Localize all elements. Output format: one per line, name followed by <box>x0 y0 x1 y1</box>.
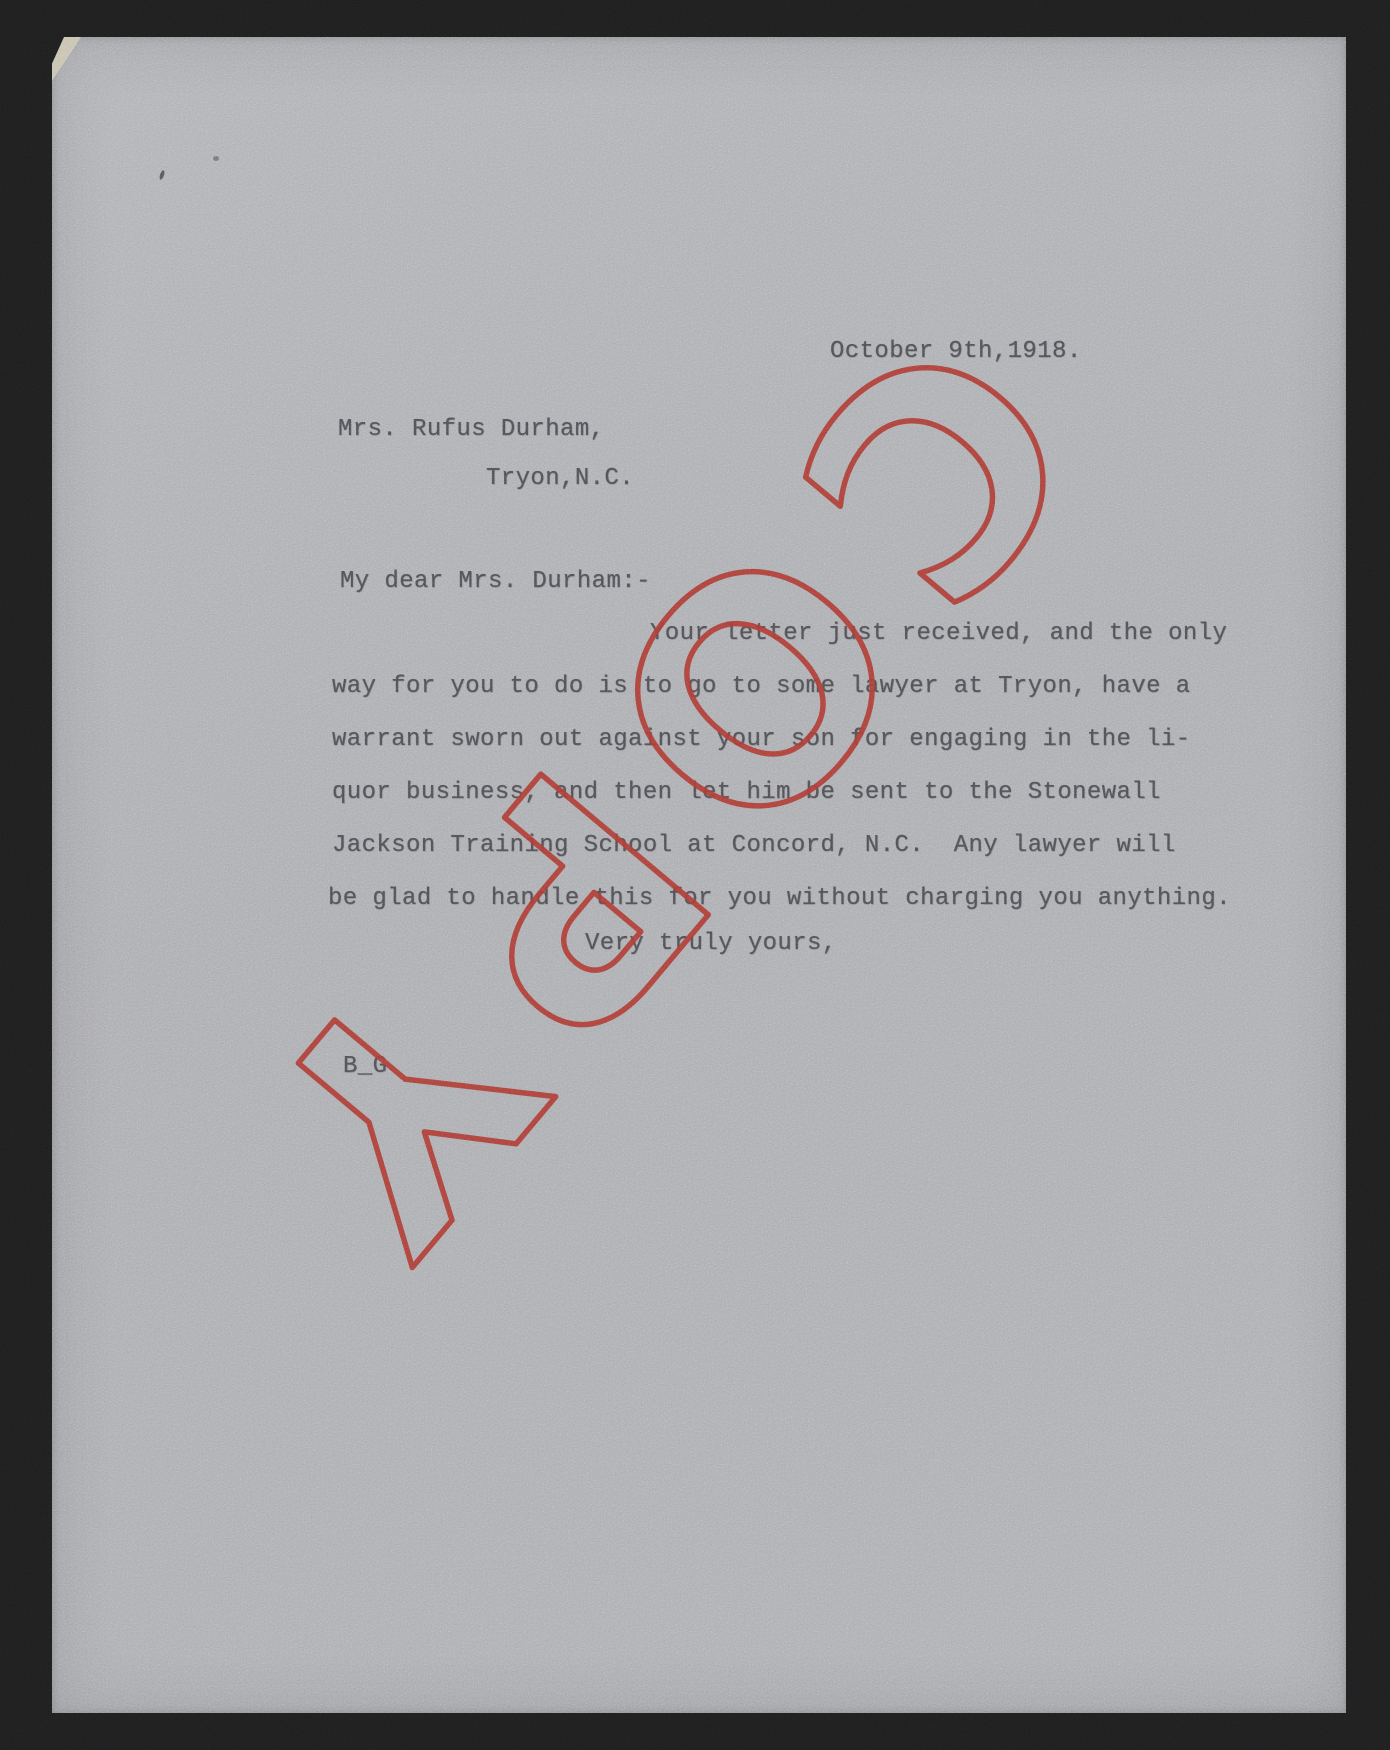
typist-initials: B_G <box>343 1053 387 1080</box>
closing-line: Very truly yours, <box>585 930 837 957</box>
body-line: Jackson Training School at Concord, N.C.… <box>332 832 1176 859</box>
body-line: way for you to do is to go to some lawye… <box>332 673 1191 700</box>
recipient-line-1: Mrs. Rufus Durham, <box>338 416 604 443</box>
body-line: be glad to handle this for you without c… <box>328 885 1231 912</box>
body-line: Your letter just received, and the only <box>650 620 1227 647</box>
body-line: quor business, and then let him be sent … <box>332 779 1161 806</box>
ink-speck <box>213 156 219 161</box>
body-line: warrant sworn out against your son for e… <box>332 726 1191 753</box>
salutation-line: My dear Mrs. Durham:- <box>340 568 651 595</box>
letter-paper <box>52 37 1346 1713</box>
recipient-line-2: Tryon,N.C. <box>486 465 634 492</box>
date-line: October 9th,1918. <box>830 338 1082 365</box>
letter-scan: October 9th,1918. Mrs. Rufus Durham, Try… <box>0 0 1390 1750</box>
